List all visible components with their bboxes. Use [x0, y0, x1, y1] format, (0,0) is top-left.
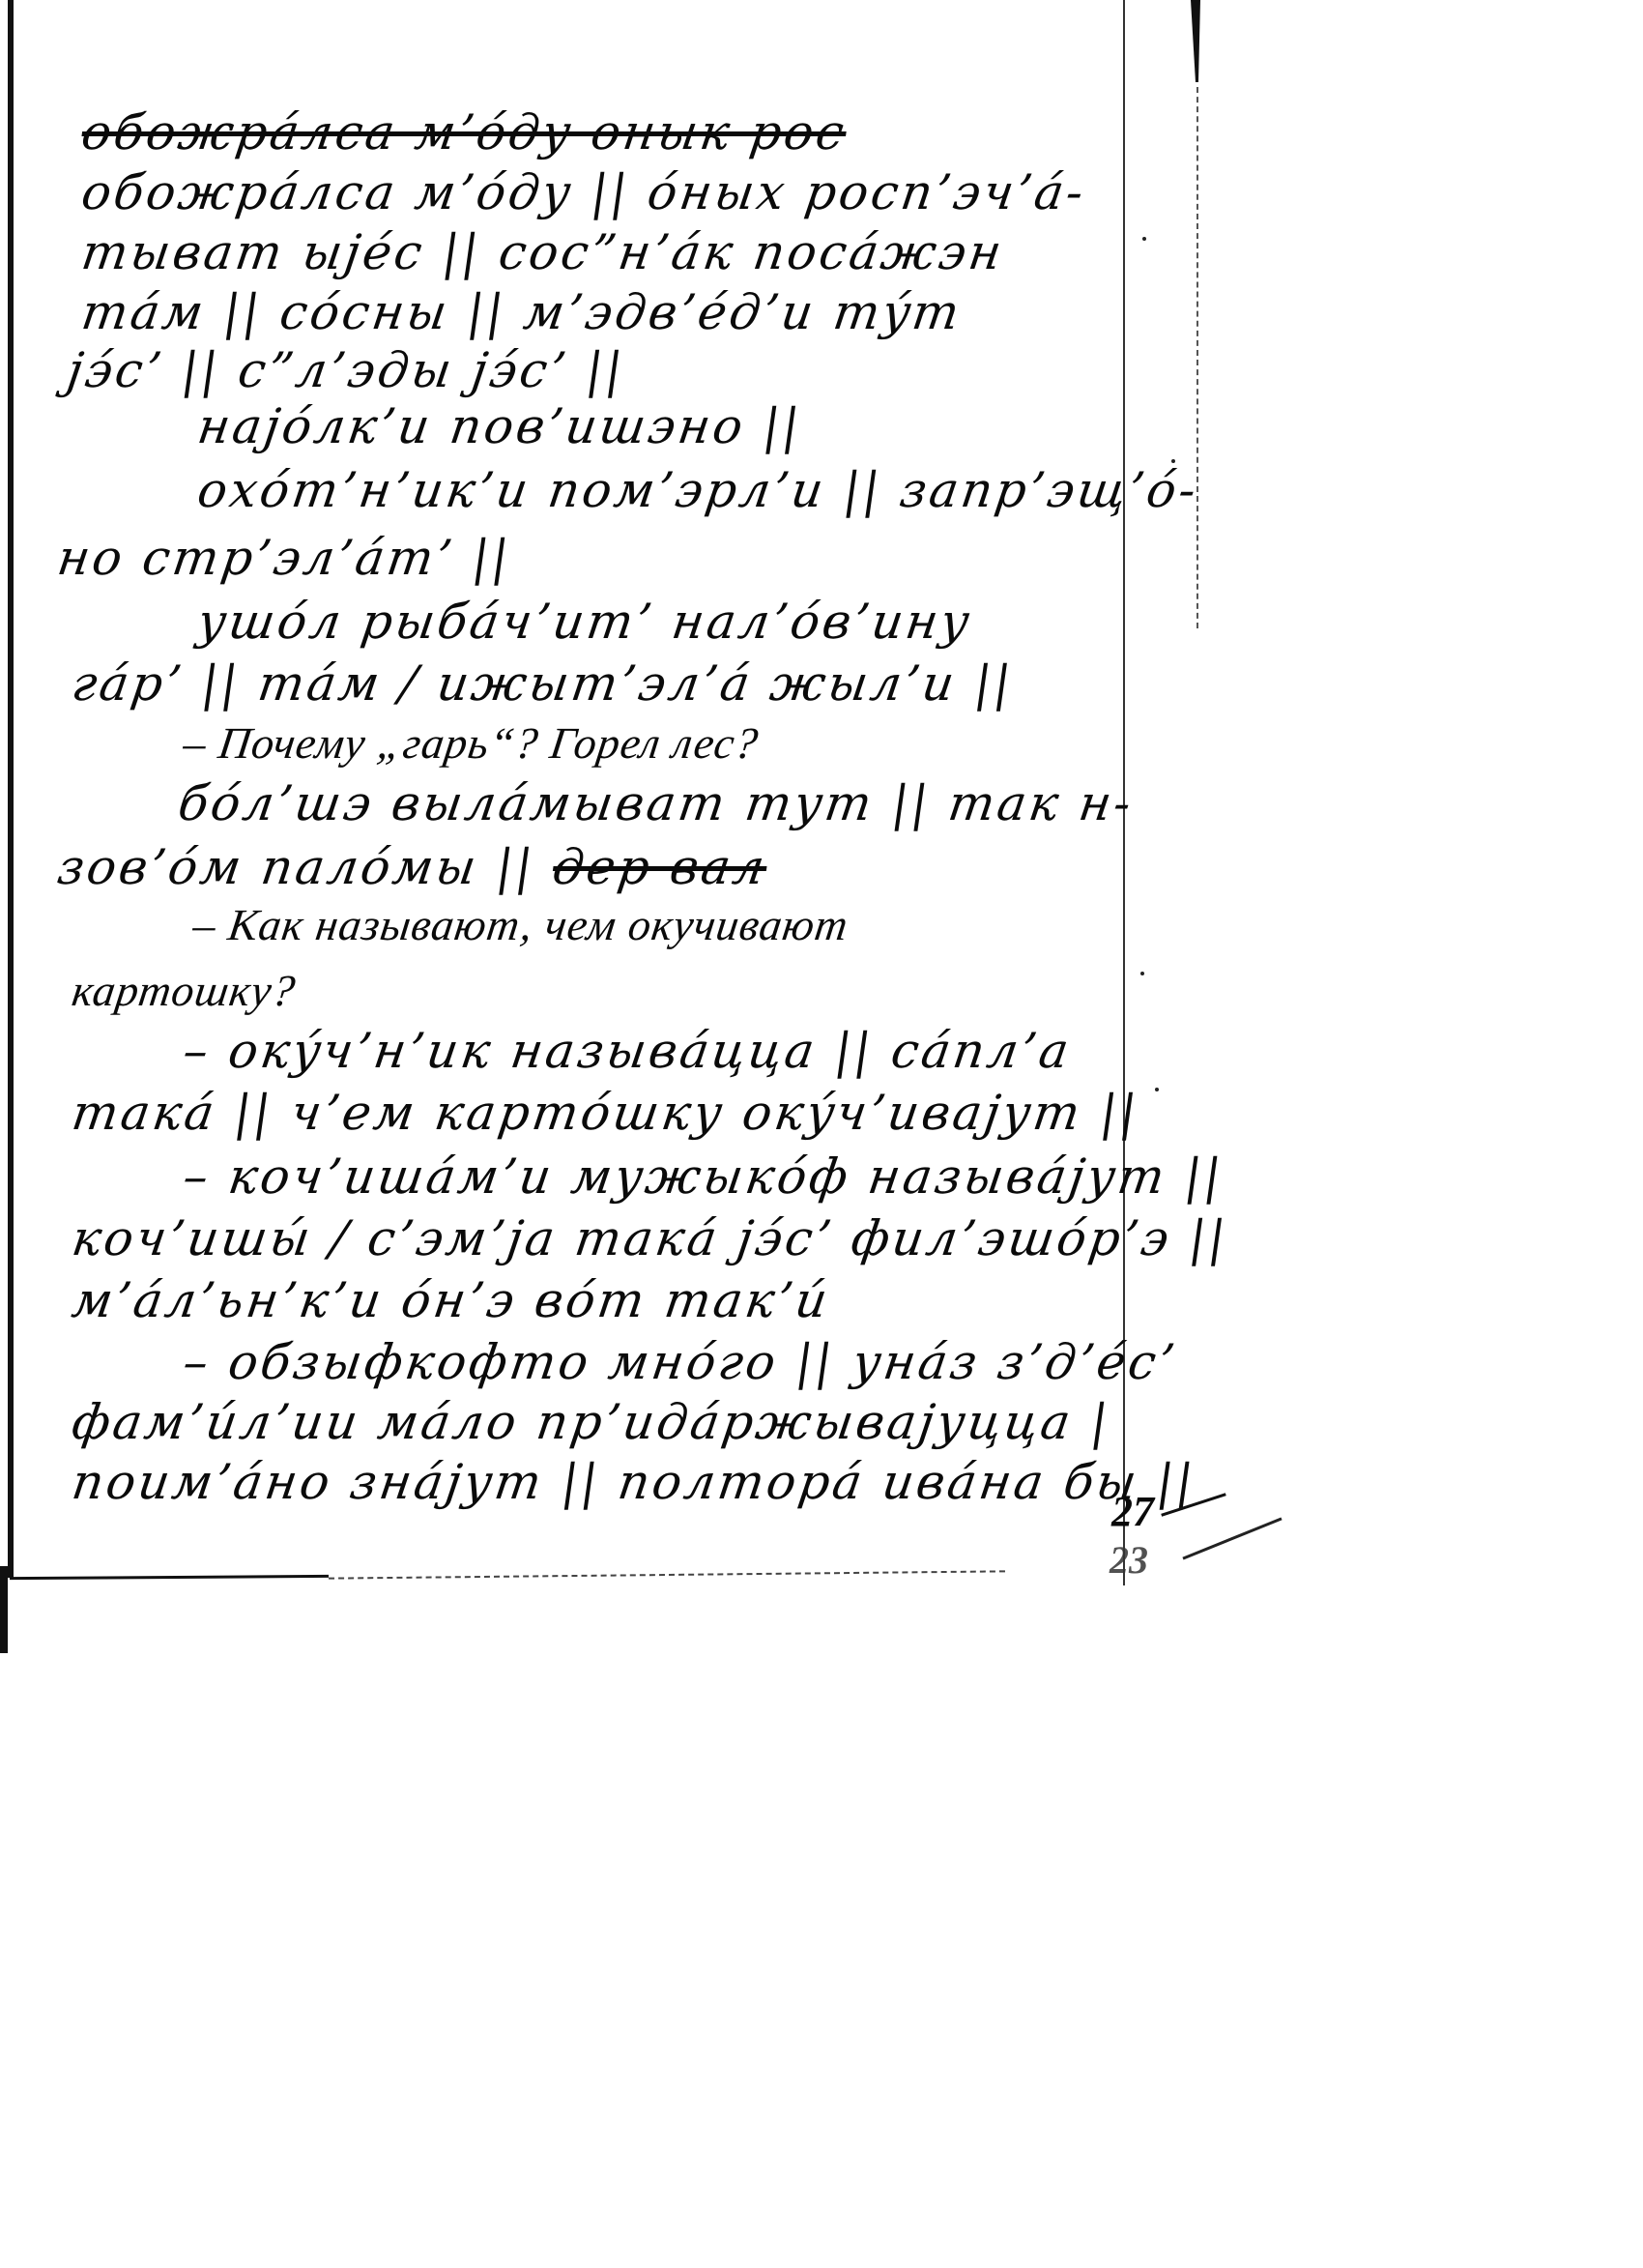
scanned-page: обожрáлса м’óду онык рос обожрáлса м’óду… [0, 0, 1643, 2268]
text-line: м’áл’ьн’к’и óн’э вóт так’и́ [69, 1272, 833, 1328]
text-line: – обзыфкофто мнóго || унáз з’д’éс’ [180, 1334, 1181, 1390]
text-line: ушóл рыбáч’ит’ нал’óв’ину [194, 594, 976, 650]
page-number-old: 23 [1110, 1537, 1148, 1583]
speck [1155, 1088, 1159, 1091]
speck [1142, 237, 1146, 241]
text-line: тaкá || ч’ем картóшку окýч’иваjут || [69, 1085, 1143, 1141]
page-number: 27 [1111, 1487, 1154, 1536]
text-line: наjóлк’и пов’ишэно || [194, 398, 806, 454]
text-line: охóт’н’ик’и пом’эрл’и || запр’эщ’ó- [194, 462, 1202, 518]
text-line: обожрáлса м’óду || óных росп’эч’á- [78, 164, 1089, 220]
pen-mark [1182, 1518, 1282, 1560]
scan-border-left [8, 0, 14, 1578]
interviewer-question: – Как называют, чем окучивают [189, 899, 851, 950]
struck-line: обожрáлса м’óду онык рос [78, 104, 850, 160]
text-line: поим’áно знájут || полторá ивáна бы || [69, 1454, 1199, 1510]
scan-border-bottom [10, 1575, 329, 1580]
text-line: тыват ыjéс || сос”н’áк посáжэн [78, 224, 1008, 280]
struck-fragment: дер вал [549, 839, 770, 895]
scan-border-left-lower [0, 1566, 8, 1653]
text-line: гáр’ || тáм / ижыт’эл’á жыл’и || [69, 655, 1017, 712]
text-line: – коч’ишáм’и мужыкóф назывájут || [180, 1149, 1227, 1205]
text-line: зов’óм палóмы || дер вал [54, 839, 771, 895]
interviewer-question: – Почему „гарь“? Горел лес? [180, 717, 762, 769]
page-margin-line-secondary [1196, 87, 1198, 628]
text-line-content: зов’óм палóмы || [54, 839, 558, 895]
text-line: бóл’шэ вылáмыват тут || так н- [175, 775, 1138, 831]
text-line: тáм || сóсны || м’эдв’éд’и тýт [78, 284, 966, 340]
scan-border-bottom-dashed [329, 1570, 1005, 1579]
text-line: – окýч’н’ик назывáцца || сáпл’а [180, 1023, 1075, 1079]
text-line: но стр’эл’áт’ || [54, 530, 515, 586]
text-line: фам’и́л’ии мáло пр’идáржываjуцца | [69, 1394, 1114, 1450]
text-line: jэ́с’ || с”л’эды jэ́с’ || [64, 342, 629, 398]
scan-artifact-wedge [1191, 0, 1200, 82]
interviewer-question: картошку? [69, 965, 299, 1016]
text-line: коч’ишы́ / с’эм’jа такá jэ́с’ фил’эшóр’э… [69, 1210, 1232, 1266]
speck [1140, 972, 1144, 975]
